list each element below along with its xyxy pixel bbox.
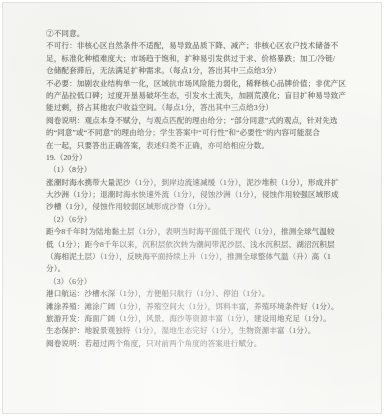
answer-angle-line: 滩涂养殖：滩涂广阔（1分），养殖空间大（1分），饵料丰富，养殖环境条件好（1分）… xyxy=(46,301,348,313)
scanned-answer-key-page: ②不同意。不可行：非核心区自然条件不适配，易导致品质下降、减产；非核心区农户技术… xyxy=(2,2,382,414)
subquestion-score-line: （3）（6分） xyxy=(46,276,348,288)
reason-line: 仓储配套滞后，无法满足扩种需求。（每点1分，答出其中三点给3分） xyxy=(46,65,348,77)
question-number-line: 19.（20分） xyxy=(46,152,348,164)
answer-line: 分）。 xyxy=(46,263,348,275)
subquestion-score-line: （1）（8分） xyxy=(46,164,348,176)
reason-line: 不可行：非核心区自然条件不适配，易导致品质下降、减产；非核心区农户技术储备不 xyxy=(46,40,348,52)
grading-note-line: 阅卷说明：若超过两个角度，只对前两个角度的答案进行赋分。 xyxy=(46,338,348,350)
answer-angle-line: 生态保护：地貌景观独特（1分），湿地生态完好（1分），生物资源丰富（1分）。 xyxy=(46,325,348,337)
answer-line: 距今8千年时为陆地黏土层（1分），表明当时海平面低于现代（1分），推测全球气温较 xyxy=(46,226,348,238)
verdict-line: ②不同意。 xyxy=(46,28,348,40)
grading-note-line: 在一起，只要答出正确答案，表述归类不正确，亦可给相应分数。 xyxy=(46,140,348,152)
subquestion-score-line: （2）（6分） xyxy=(46,214,348,226)
reason-line: 能过剩，挤占其他农户收益空间。（每点1分，答出其中三点给3分） xyxy=(46,102,348,114)
reason-line: 的产品拉低口碑；过度开垦易破坏生态，引发水土流失，加剧荒漠化；盲目扩种易导致产 xyxy=(46,90,348,102)
grading-note-line: 阅卷说明：观点本身不赋分，与观点匹配的理由给分；“部分同意”式的观点，针对先选 xyxy=(46,115,348,127)
reason-line: 不必要：加剧农业结构单一化，区域抗市场风险能力弱化，稀释核心品牌价值；非优产区 xyxy=(46,78,348,90)
answer-angle-line: 旅游开发：海面广阔（1分），风景、海沙等资源丰富（1分），建设用地充足（1分）。 xyxy=(46,313,348,325)
answer-line: 涨潮时海水携带大量泥沙（1分），到岸边流速减缓（1分），泥沙堆积（1分），形成并… xyxy=(46,177,348,189)
answer-line: 大沙洲（1分）；退潮时海水快速外流（1分），侵蚀沙洲（1分），侵蚀作用较强区域形… xyxy=(46,189,348,201)
answer-line: （海相泥土层）（1分），反映海平面持续上升（1分），推测全球整体气温（升）高（1 xyxy=(46,251,348,263)
answer-line: 沙槽（1分），侵蚀作用较弱区域形成沙脊（1分）。 xyxy=(46,201,348,213)
answer-line: 低（1分）；距今8千年以来，沉积层依次转为潮间带泥沙层、浅水沉积层、湖沼沉积层 xyxy=(46,239,348,251)
reason-line: 足，标准化种植难度大；市场趋于饱和，扩种易引发供过于求、价格暴跌；加工/冷链/ xyxy=(46,53,348,65)
grading-note-line: 的“同意”或“不同意”的理由给分；学生答案中“可行性”和“必要性”的内容可能混合 xyxy=(46,127,348,139)
answer-angle-line: 港口航运：沙槽水深（1分），方便船只航行（1分）、停泊（1分）。 xyxy=(46,288,348,300)
answer-key-text-block: ②不同意。不可行：非核心区自然条件不适配，易导致品质下降、减产；非核心区农户技术… xyxy=(46,28,348,350)
